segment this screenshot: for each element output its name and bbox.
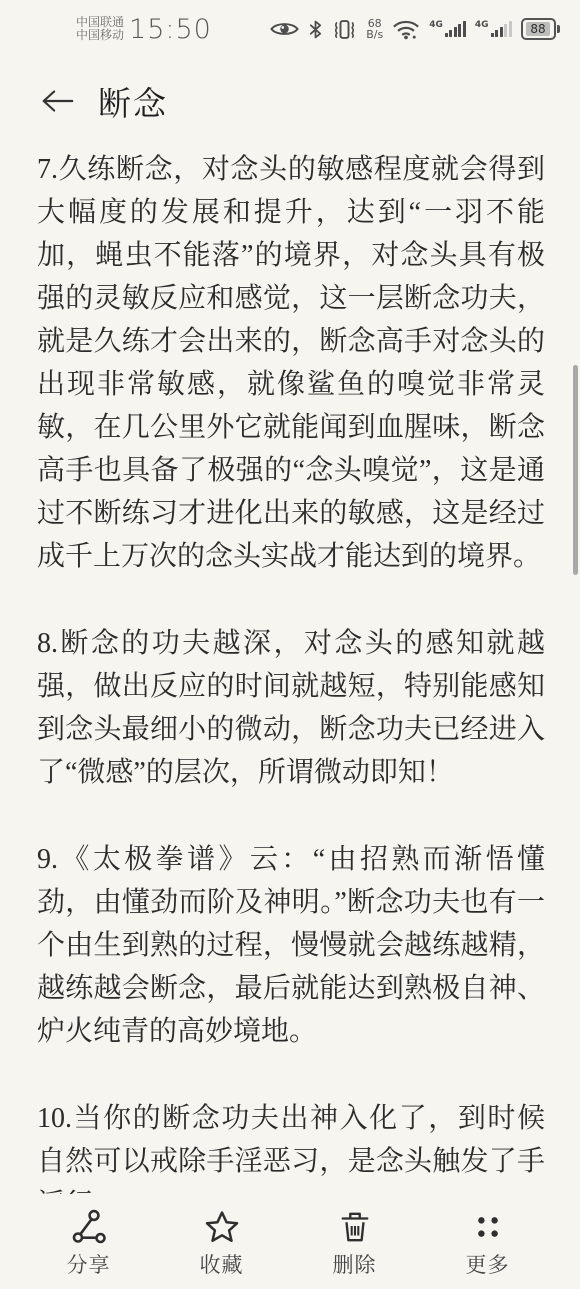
- note-content[interactable]: 7.久练断念，对念头的敏感程度就会得到大幅度的发展和提升，达到“一羽不能加，蝇虫…: [37, 148, 545, 1194]
- note-paragraph: 7.久练断念，对念头的敏感程度就会得到大幅度的发展和提升，达到“一羽不能加，蝇虫…: [37, 148, 545, 578]
- note-header: 断念: [0, 72, 580, 130]
- bottom-toolbar: 分享 收藏 删除: [0, 1197, 580, 1289]
- wifi-icon: [392, 19, 420, 40]
- battery-icon: 88: [521, 18, 561, 40]
- share-icon: [71, 1207, 107, 1247]
- trash-icon: [338, 1207, 372, 1247]
- vibrate-icon: [332, 19, 357, 40]
- network-speed-unit: B/s: [366, 29, 383, 41]
- more-button[interactable]: 更多: [421, 1197, 554, 1289]
- notes-app-screen: 中国联通 中国移动 15:50: [0, 0, 580, 1289]
- bluetooth-icon: [308, 19, 323, 40]
- favorite-button[interactable]: 收藏: [155, 1197, 288, 1289]
- delete-label: 删除: [333, 1249, 377, 1279]
- more-label: 更多: [466, 1249, 510, 1279]
- status-bar: 中国联通 中国移动 15:50: [0, 6, 580, 52]
- note-paragraph: 10.当你的断念功夫出神入化了，到时候自然可以戒除手淫恶习，是念头触发了手淫行: [37, 1097, 545, 1194]
- note-paragraph: 9.《太极拳谱》云：“由招熟而渐悟懂劲，由懂劲而阶及神明。”断念功夫也有一个由生…: [37, 838, 545, 1053]
- back-arrow-icon: [38, 86, 76, 116]
- carrier-primary: 中国联通: [76, 16, 124, 30]
- more-dots-icon: [471, 1207, 505, 1247]
- signal-bars-icon: [445, 21, 466, 37]
- favorite-label: 收藏: [200, 1249, 244, 1279]
- carrier-secondary: 中国移动: [76, 29, 124, 43]
- share-label: 分享: [67, 1249, 111, 1279]
- back-button[interactable]: [38, 84, 78, 118]
- signal-sim1: 4G: [429, 21, 466, 37]
- sim2-network-type: 4G: [475, 21, 489, 30]
- carrier-names: 中国联通 中国移动: [76, 16, 124, 43]
- delete-button[interactable]: 删除: [288, 1197, 421, 1289]
- scrollbar-thumb[interactable]: [573, 365, 578, 575]
- note-title: 断念: [98, 78, 168, 125]
- note-paragraph: 8.断念的功夫越深，对念头的感知就越强，做出反应的时间就越短，特别能感知到念头最…: [37, 622, 545, 794]
- share-button[interactable]: 分享: [22, 1197, 155, 1289]
- status-time: 15:50: [129, 14, 212, 45]
- network-speed: 68 B/s: [366, 18, 383, 41]
- star-icon: [204, 1207, 240, 1247]
- sim1-network-type: 4G: [429, 21, 443, 30]
- signal-sim2: 4G: [475, 21, 512, 37]
- eye-comfort-icon: [270, 20, 299, 38]
- status-left: 中国联通 中国移动 15:50: [76, 14, 212, 45]
- battery-level: 88: [526, 22, 550, 36]
- status-right: 68 B/s 4G: [270, 18, 560, 41]
- signal-bars-icon: [491, 21, 512, 37]
